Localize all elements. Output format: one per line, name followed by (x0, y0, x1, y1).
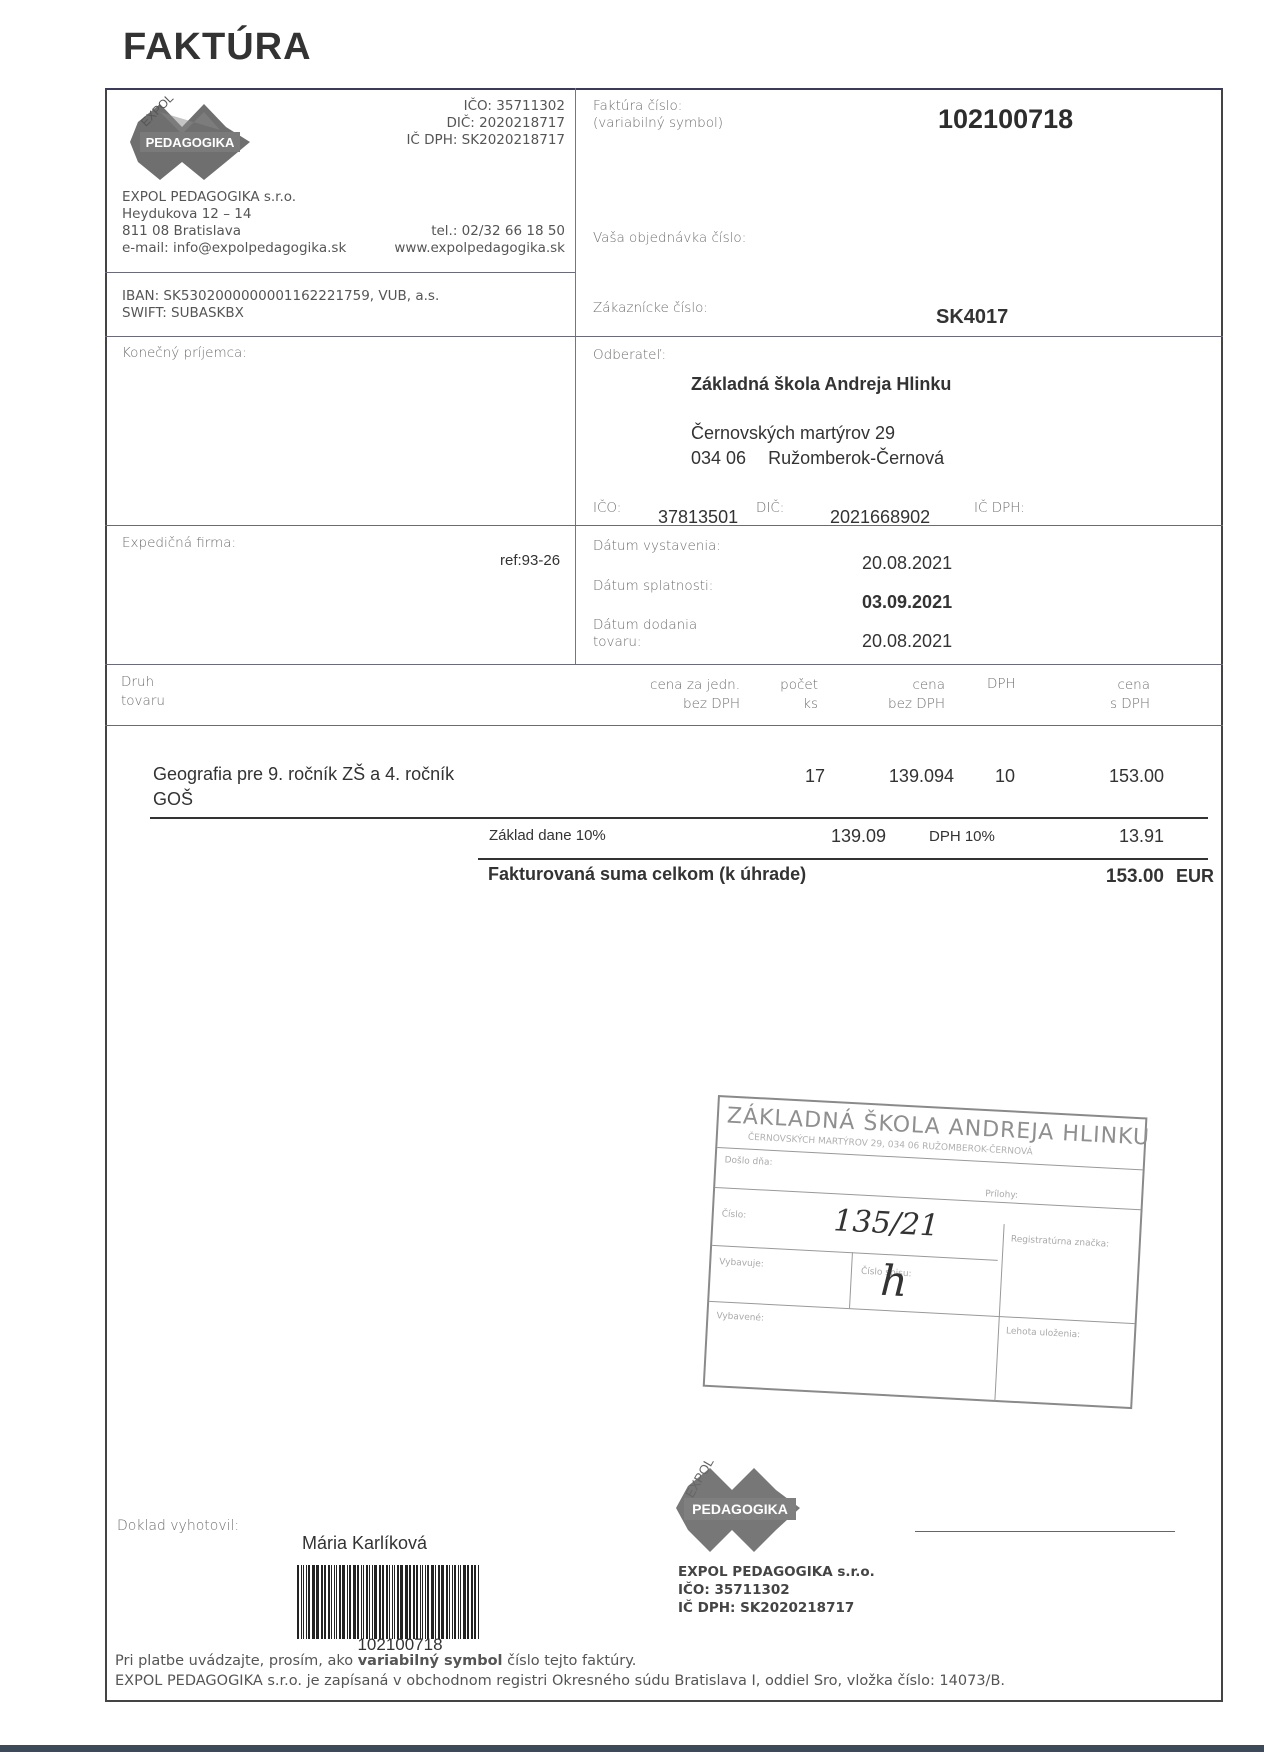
payment-note: Pri platbe uvádzajte, prosím, ako variab… (115, 1653, 636, 1670)
total-amount: 153.00 (1060, 866, 1164, 888)
customer-dic-label: DIČ: (756, 500, 784, 516)
barcode-value: 102100718 (297, 1637, 503, 1653)
item-qty: 17 (760, 766, 825, 787)
total-currency: EUR (1176, 866, 1214, 887)
delivery-date: 20.08.2021 (862, 631, 952, 652)
item-vat: 10 (995, 766, 1015, 787)
customer-dic: 2021668902 (830, 507, 930, 528)
stamp-field-storage: Lehota uloženia: (1006, 1326, 1081, 1340)
stamp-field-filed: Vybavené: (716, 1311, 776, 1324)
header-qty: počet ks (760, 676, 818, 714)
item-price-excl-vat: 139.094 (840, 766, 954, 787)
header-item: Druh tovaru (121, 673, 165, 711)
final-recipient-label: Konečný príjemca: (122, 345, 247, 361)
tax-base-label: Základ dane 10% (489, 827, 606, 844)
supplier-web[interactable]: www.expolpedagogika.sk (394, 240, 565, 257)
svg-text:PEDAGOGIKA: PEDAGOGIKA (692, 1501, 788, 1517)
footer-company-ic-dph: IČ DPH: SK2020218717 (678, 1599, 875, 1617)
vat-label: DPH 10% (929, 828, 995, 845)
divider-summary (478, 858, 1208, 860)
header-vat: DPH (987, 676, 1016, 692)
customer-ic-dph-label: IČ DPH: (974, 500, 1025, 516)
expol-logo: PEDAGOGIKA EXPOL (120, 92, 250, 182)
invoice-number-sublabel: (variabilný symbol) (593, 115, 723, 132)
shipping-company-label: Expedičná firma: (122, 535, 236, 551)
stamp-field-received: Došlo dňa: (724, 1155, 772, 1167)
stamp-field-attachments: Prílohy: (985, 1189, 1018, 1201)
school-registry-stamp: ZÁKLADNÁ ŠKOLA ANDREJA HLINKU ČERNOVSKÝC… (703, 1095, 1148, 1409)
divider-item-row (150, 817, 1208, 819)
prepared-by-name: Mária Karlíková (302, 1533, 427, 1554)
svg-text:PEDAGOGIKA: PEDAGOGIKA (146, 135, 235, 150)
header-price-incl-vat: cena s DPH (1070, 676, 1150, 714)
stamp-field-handled: Vybavuje: (719, 1257, 764, 1269)
divider-items-header-top (105, 664, 1223, 665)
prepared-by-label: Doklad vyhotovil: (117, 1518, 239, 1534)
customer-label: Odberateľ: (593, 347, 666, 363)
header-unit-price: cena za jedn. bez DPH (600, 676, 740, 714)
order-number-label: Vaša objednávka číslo: (593, 230, 746, 246)
document-title: FAKTÚRA (123, 26, 312, 69)
supplier-ic-dph: IČ DPH: SK2020218717 (330, 132, 565, 149)
supplier-email[interactable]: e-mail: info@expolpedagogika.sk (122, 240, 346, 257)
footer-company-name: EXPOL PEDAGOGIKA s.r.o. (678, 1563, 875, 1581)
invoice-barcode (297, 1565, 503, 1639)
customer-number-label: Zákaznícke číslo: (593, 300, 708, 316)
stamp-field-number: Číslo: (721, 1209, 746, 1220)
supplier-street: Heydukova 12 – 14 (122, 206, 572, 223)
customer-number: SK4017 (936, 306, 1008, 329)
vat-amount: 13.91 (1060, 826, 1164, 847)
header-price-excl-vat: cena bez DPH (840, 676, 945, 714)
customer-ico-label: IČO: (593, 500, 621, 516)
scan-bottom-edge (0, 1745, 1264, 1752)
delivery-date-label: Dátum dodania (593, 617, 697, 634)
item-name: Geografia pre 9. ročník ZŠ a 4. ročník G… (153, 762, 454, 812)
supplier-name: EXPOL PEDAGOGIKA s.r.o. (122, 189, 572, 206)
signature-line (915, 1531, 1175, 1532)
customer-street: Černovských martýrov 29 (691, 423, 895, 444)
supplier-iban: IBAN: SK5302000000001162221759, VUB, a.s… (122, 288, 439, 305)
customer-zip: 034 06 (691, 448, 746, 468)
due-date-label: Dátum splatnosti: (593, 578, 713, 594)
delivery-date-sublabel: tovaru: (593, 634, 697, 651)
supplier-phone: tel.: 02/32 66 18 50 (431, 223, 565, 240)
supplier-city: 811 08 Bratislava (122, 223, 241, 240)
item-price-incl-vat: 153.00 (1060, 766, 1164, 787)
invoice-frame (105, 88, 1223, 1702)
expol-footer-logo: PEDAGOGIKA EXPOL (670, 1458, 800, 1548)
customer-city: Ružomberok-Černová (768, 448, 944, 468)
footer-company-ico: IČO: 35711302 (678, 1581, 875, 1599)
shipping-ref: ref:93-26 (500, 552, 560, 569)
customer-ico: 37813501 (658, 507, 738, 528)
tax-base: 139.09 (780, 826, 886, 847)
divider-items-header-bottom (105, 725, 1223, 726)
handwritten-registry-number: 135/21 (833, 1203, 940, 1243)
invoice-number-label: Faktúra číslo: (593, 98, 723, 115)
handwritten-initials: h (879, 1256, 909, 1306)
supplier-swift: SWIFT: SUBASKBX (122, 305, 439, 322)
issue-date: 20.08.2021 (862, 553, 952, 574)
divider-supplier-bank (105, 272, 575, 273)
register-note: EXPOL PEDAGOGIKA s.r.o. je zapísaná v ob… (115, 1673, 1005, 1690)
stamp-field-registry-mark: Registratúrna značka: (1011, 1235, 1110, 1250)
customer-name: Základná škola Andreja Hlinku (691, 374, 951, 395)
invoice-number: 102100718 (938, 104, 1073, 135)
due-date: 03.09.2021 (862, 592, 952, 613)
supplier-ico: IČO: 35711302 (330, 98, 565, 115)
supplier-dic: DIČ: 2020218717 (330, 115, 565, 132)
total-label: Fakturovaná suma celkom (k úhrade) (488, 864, 806, 885)
column-divider (575, 88, 576, 664)
issue-date-label: Dátum vystavenia: (593, 538, 721, 554)
divider-bank (105, 336, 1223, 337)
